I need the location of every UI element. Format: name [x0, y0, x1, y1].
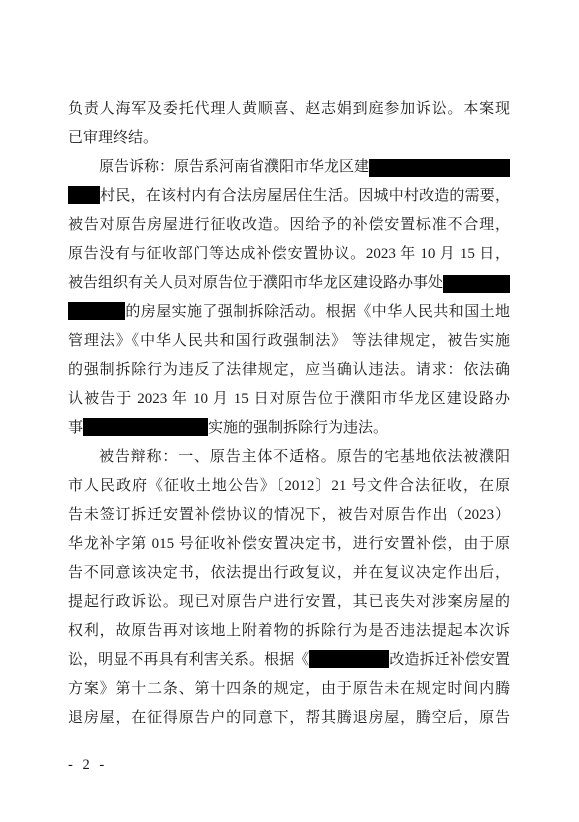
- text-line: 讼，明显不再具有利害关系。根据《改造拆迁补偿安置: [68, 646, 510, 675]
- redaction-bar: [309, 650, 389, 668]
- text-line: 告不同意该决定书，依法提出行政复议，并在复议决定作出后，: [68, 559, 510, 588]
- text-segment: 认被告于 2023 年 10 月 15 日对原告位于濮阳市华龙区建设路办: [68, 391, 510, 407]
- text-line: 提起行政诉讼。现已对原告户进行安置，其已丧失对涉案房屋的: [68, 588, 510, 617]
- redaction-bar: [68, 302, 125, 320]
- text-line: 认被告于 2023 年 10 月 15 日对原告位于濮阳市华龙区建设路办: [68, 385, 510, 414]
- text-line: 权利，故原告再对该地上附着物的拆除行为是否违法提起本次诉: [68, 617, 510, 646]
- text-line: 市人民政府《征收土地公告》〔2012〕21 号文件合法征收，在原: [68, 472, 510, 501]
- text-segment: 改造拆迁补偿安置: [389, 652, 510, 668]
- text-segment: 原告没有与征收部门等达成补偿安置协议。2023 年 10 月 15 日，: [68, 246, 510, 262]
- text-line: 管理法》《中华人民共和国行政强制法》 等法律规定，被告实施: [68, 327, 510, 356]
- text-segment: 权利，故原告再对该地上附着物的拆除行为是否违法提起本次诉: [68, 623, 510, 639]
- text-line: 被告对原告房屋进行征收改造。因给予的补偿安置标准不合理，: [68, 211, 510, 240]
- text-line: 原告诉称：原告系河南省濮阳市华龙区建: [68, 153, 510, 182]
- text-line: 被告辩称：一、原告主体不适格。原告的宅基地依法被濮阳: [68, 443, 510, 472]
- text-line: 的房屋实施了强制拆除活动。根据《中华人民共和国土地: [68, 298, 510, 327]
- text-line: 退房屋，在征得原告户的同意下，帮其腾退房屋，腾空后，原告: [68, 704, 510, 733]
- text-segment: 的房屋实施了强制拆除活动。根据《中华人民共和国土地: [125, 304, 510, 320]
- text-line: 已审理终结。: [68, 124, 510, 153]
- text-segment: 被告组织有关人员对原告位于濮阳市华龙区建设路办事处: [68, 269, 443, 298]
- text-segment: 华龙补字第 015 号征收补偿安置决定书，进行安置补偿，由于原: [68, 536, 510, 552]
- text-segment: 被告对原告房屋进行征收改造。因给予的补偿安置标准不合理，: [68, 217, 510, 233]
- redaction-bar: [68, 186, 100, 204]
- text-line: 方案》第十二条、第十四条的规定，由于原告未在规定时间内腾: [68, 675, 510, 704]
- text-segment: 被告辩称：一、原告主体不适格。原告的宅基地依法被濮阳: [99, 449, 510, 465]
- text-line: 被告组织有关人员对原告位于濮阳市华龙区建设路办事处: [68, 269, 510, 298]
- text-segment: 提起行政诉讼。现已对原告户进行安置，其已丧失对涉案房屋的: [68, 594, 510, 610]
- text-line: 原告没有与征收部门等达成补偿安置协议。2023 年 10 月 15 日，: [68, 240, 510, 269]
- text-segment: 退房屋，在征得原告户的同意下，帮其腾退房屋，腾空后，原告: [68, 710, 510, 726]
- text-segment: 方案》第十二条、第十四条的规定，由于原告未在规定时间内腾: [68, 681, 510, 697]
- text-line: 事实施的强制拆除行为违法。: [68, 414, 510, 443]
- text-line: 负责人海军及委托代理人黄顺喜、赵志娟到庭参加诉讼。本案现: [68, 95, 510, 124]
- text-segment: 事: [68, 420, 83, 436]
- text-line: 村民，在该村内有合法房屋居住生活。因城中村改造的需要，: [68, 182, 510, 211]
- text-segment: 讼，明显不再具有利害关系。根据《: [68, 652, 309, 668]
- page-number: - 2 -: [68, 757, 107, 774]
- text-line: 的强制拆除行为违反了法律规定，应当确认违法。请求：依法确: [68, 356, 510, 385]
- text-segment: 告未签订拆迁安置补偿协议的情况下，被告对原告作出（2023）: [68, 507, 510, 523]
- text-segment: 原告诉称：原告系河南省濮阳市华龙区建: [68, 153, 369, 182]
- redaction-bar: [369, 159, 510, 177]
- text-segment: 管理法》《中华人民共和国行政强制法》 等法律规定，被告实施: [68, 333, 510, 349]
- text-line: 华龙补字第 015 号征收补偿安置决定书，进行安置补偿，由于原: [68, 530, 510, 559]
- text-segment: 的强制拆除行为违反了法律规定，应当确认违法。请求：依法确: [68, 362, 510, 378]
- text-segment: 告不同意该决定书，依法提出行政复议，并在复议决定作出后，: [68, 565, 510, 581]
- document-body: 负责人海军及委托代理人黄顺喜、赵志娟到庭参加诉讼。本案现已审理终结。原告诉称：原…: [68, 95, 510, 733]
- text-segment: 负责人海军及委托代理人黄顺喜、赵志娟到庭参加诉讼。本案现: [68, 101, 510, 117]
- text-line: 告未签订拆迁安置补偿协议的情况下，被告对原告作出（2023）: [68, 501, 510, 530]
- scanned-court-document-page: 负责人海军及委托代理人黄顺喜、赵志娟到庭参加诉讼。本案现已审理终结。原告诉称：原…: [0, 0, 579, 822]
- redaction-bar: [83, 418, 208, 436]
- text-segment: 村民，在该村内有合法房屋居住生活。因城中村改造的需要，: [100, 188, 510, 204]
- text-segment: 实施的强制拆除行为违法。: [208, 420, 388, 436]
- text-segment: 市人民政府《征收土地公告》〔2012〕21 号文件合法征收，在原: [68, 478, 510, 494]
- text-segment: 已审理终结。: [68, 130, 158, 146]
- redaction-bar: [443, 275, 510, 293]
